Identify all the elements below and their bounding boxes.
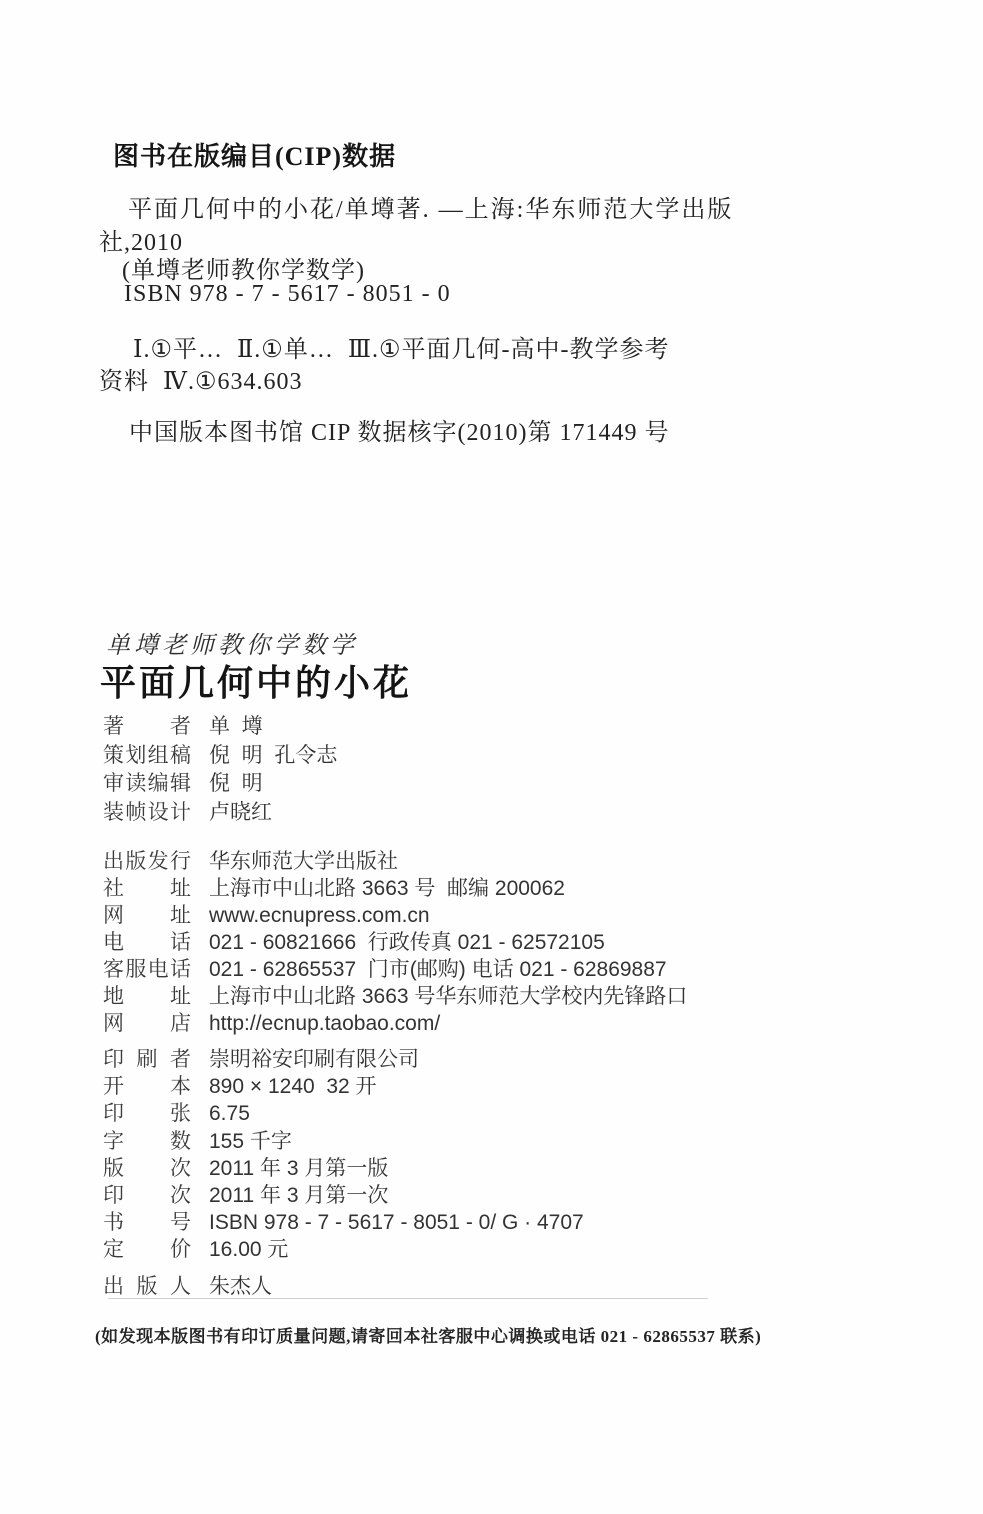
- printing-label: 印刷者: [103, 1043, 191, 1073]
- printing-value: 崇明裕安印刷有限公司: [209, 1043, 419, 1073]
- printing-row: 字数 155 千字: [103, 1125, 584, 1152]
- printing-row: 印张 6.75: [103, 1097, 584, 1124]
- publishing-row: 地址 上海市中山北路 3663 号华东师范大学校内先锋路口: [103, 980, 687, 1007]
- printing-row: 定价 16.00 元: [103, 1233, 584, 1260]
- credit-value: 卢晓红: [209, 796, 272, 826]
- credit-label: 装帧设计: [103, 796, 191, 826]
- printing-isbn: ISBN 978 - 7 - 5617 - 8051 - 0/ G · 4707: [209, 1211, 584, 1235]
- printing-row: 印次 2011 年 3 月第一次: [103, 1179, 584, 1206]
- cip-description-line1: 平面几何中的小花/单墫著. —上海:华东师范大学出版: [128, 189, 733, 224]
- credit-label: 著者: [103, 710, 191, 740]
- credit-row: 策划组稿 倪 明 孔令志: [103, 739, 337, 768]
- printing-label: 定价: [103, 1233, 191, 1263]
- credit-value: 单 墫: [209, 710, 263, 740]
- credit-label: 审读编辑: [103, 767, 191, 797]
- printing-value: 2011 年 3 月第一次: [209, 1179, 388, 1209]
- cip-classification-line1: Ⅰ.①平… Ⅱ.①单… Ⅲ.①平面几何-高中-教学参考: [133, 329, 669, 364]
- publishing-label: 网店: [103, 1007, 191, 1037]
- publishing-value: 021 - 60821666 行政传真 021 - 62572105: [209, 926, 605, 956]
- publishing-label: 客服电话: [103, 953, 191, 983]
- credit-value: 倪 明 孔令志: [209, 739, 337, 769]
- printing-value: 155 千字: [209, 1125, 292, 1155]
- publishing-row: 网店 http://ecnup.taobao.com/: [103, 1007, 687, 1034]
- printing-label: 书号: [103, 1206, 191, 1236]
- publishing-value: 华东师范大学出版社: [209, 845, 398, 875]
- printing-label: 印次: [103, 1179, 191, 1209]
- credit-row: 装帧设计 卢晓红: [103, 796, 337, 825]
- footer-quality-note: (如发现本版图书有印订质量问题,请寄回本社客服中心调换或电话 021 - 628…: [95, 1322, 761, 1347]
- publishing-label: 社址: [103, 872, 191, 902]
- cip-registry-number: 中国版本图书馆 CIP 数据核字(2010)第 171449 号: [129, 412, 669, 447]
- footer-divider: [108, 1298, 708, 1299]
- publishing-store-url: http://ecnup.taobao.com/: [209, 1012, 440, 1036]
- credits-block: 著者 单 墫 策划组稿 倪 明 孔令志 审读编辑 倪 明 装帧设计 卢晓红: [103, 710, 337, 824]
- printing-price: 16.00 元: [209, 1233, 288, 1263]
- copyright-page: 图书在版编目(CIP)数据 平面几何中的小花/单墫著. —上海:华东师范大学出版…: [0, 0, 983, 1514]
- credit-row: 审读编辑 倪 明: [103, 767, 337, 796]
- credit-value: 倪 明: [209, 767, 263, 797]
- publishing-block: 出版发行 华东师范大学出版社 社址 上海市中山北路 3663 号 邮编 2000…: [103, 845, 687, 1034]
- printing-block: 印刷者 崇明裕安印刷有限公司 开本 890 × 1240 32 开 印张 6.7…: [103, 1043, 584, 1261]
- publisher-person-block: 出版人 朱杰人: [103, 1270, 272, 1300]
- publishing-row: 社址 上海市中山北路 3663 号 邮编 200062: [103, 872, 687, 899]
- publisher-person-label: 出版人: [103, 1270, 191, 1300]
- printing-label: 印张: [103, 1097, 191, 1127]
- publishing-row: 出版发行 华东师范大学出版社: [103, 845, 687, 872]
- credit-row: 著者 单 墫: [103, 710, 337, 739]
- book-title: 平面几何中的小花: [100, 655, 412, 706]
- cip-header: 图书在版编目(CIP)数据: [113, 136, 396, 173]
- printing-label: 字数: [103, 1125, 191, 1155]
- credit-label: 策划组稿: [103, 739, 191, 769]
- publishing-label: 电话: [103, 926, 191, 956]
- publishing-label: 网址: [103, 899, 191, 929]
- publishing-value: 上海市中山北路 3663 号华东师范大学校内先锋路口: [209, 980, 687, 1010]
- publishing-row: 客服电话 021 - 62865537 门市(邮购) 电话 021 - 6286…: [103, 953, 687, 980]
- printing-row: 书号 ISBN 978 - 7 - 5617 - 8051 - 0/ G · 4…: [103, 1206, 584, 1233]
- printing-row: 开本 890 × 1240 32 开: [103, 1070, 584, 1097]
- cip-isbn: ISBN 978 - 7 - 5617 - 8051 - 0: [124, 281, 451, 308]
- printing-row: 版次 2011 年 3 月第一版: [103, 1152, 584, 1179]
- publishing-value: 上海市中山北路 3663 号 邮编 200062: [209, 872, 565, 902]
- publishing-website: www.ecnupress.com.cn: [209, 904, 430, 928]
- publisher-person-value: 朱杰人: [209, 1270, 272, 1300]
- publishing-value: 021 - 62865537 门市(邮购) 电话 021 - 62869887: [209, 953, 667, 983]
- printing-label: 开本: [103, 1070, 191, 1100]
- cip-series-note: (单墫老师教你学数学): [122, 250, 365, 285]
- printing-label: 版次: [103, 1152, 191, 1182]
- publishing-row: 网址 www.ecnupress.com.cn: [103, 899, 687, 926]
- cip-classification-line2: 资料 Ⅳ.①634.603: [99, 361, 303, 396]
- printing-row: 印刷者 崇明裕安印刷有限公司: [103, 1043, 584, 1070]
- publishing-row: 电话 021 - 60821666 行政传真 021 - 62572105: [103, 926, 687, 953]
- publishing-label: 出版发行: [103, 845, 191, 875]
- printing-value: 890 × 1240 32 开: [209, 1070, 377, 1100]
- publishing-label: 地址: [103, 980, 191, 1010]
- publisher-person-row: 出版人 朱杰人: [103, 1270, 272, 1300]
- printing-value: 6.75: [209, 1102, 250, 1126]
- printing-value: 2011 年 3 月第一版: [209, 1152, 388, 1182]
